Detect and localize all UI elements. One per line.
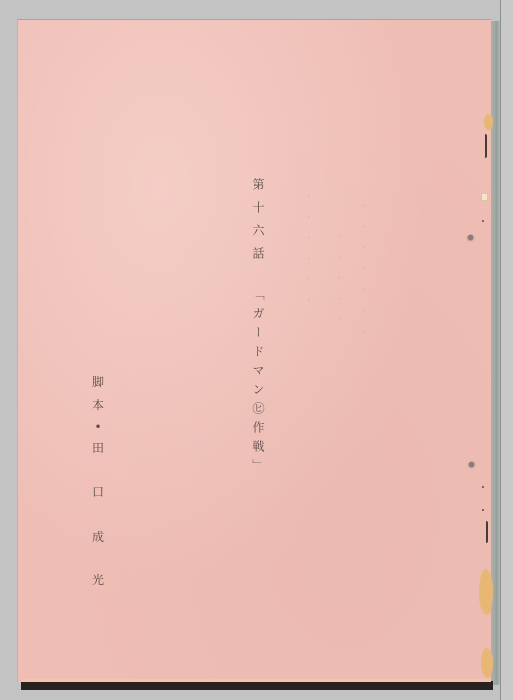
staple-icon xyxy=(482,134,487,158)
author-name-char: 口 xyxy=(91,486,105,498)
author-name-char: 光 xyxy=(91,574,105,586)
show-through-text: ・・・・・・・ xyxy=(355,200,371,347)
episode-title: 「ガードマン㋪作戦」 xyxy=(252,288,264,478)
paper-tear xyxy=(484,114,493,130)
paper-tear xyxy=(481,648,493,678)
paper-speck xyxy=(482,509,484,511)
show-through-text: ・・・・・・ xyxy=(300,190,316,316)
staple-icon xyxy=(483,521,488,543)
page-bottom-edge xyxy=(21,679,491,682)
binding-hole xyxy=(466,234,476,243)
credit-separator: • xyxy=(91,421,105,433)
scanner-background xyxy=(500,0,513,700)
paper-tab xyxy=(481,193,488,201)
episode-number: 第十六話 xyxy=(252,178,264,270)
page-bottom-shadow xyxy=(21,681,493,690)
credit-label-char: 脚 xyxy=(91,376,105,388)
author-name-char: 成 xyxy=(91,531,105,543)
paper-speck xyxy=(482,220,484,222)
paper-tear xyxy=(479,569,493,615)
binding-hole xyxy=(467,461,477,470)
paper-speck xyxy=(482,486,484,488)
author-name-char: 田 xyxy=(91,442,105,454)
show-through-text: ・・・・・ xyxy=(330,230,346,335)
credit-label-char: 本 xyxy=(91,399,105,411)
